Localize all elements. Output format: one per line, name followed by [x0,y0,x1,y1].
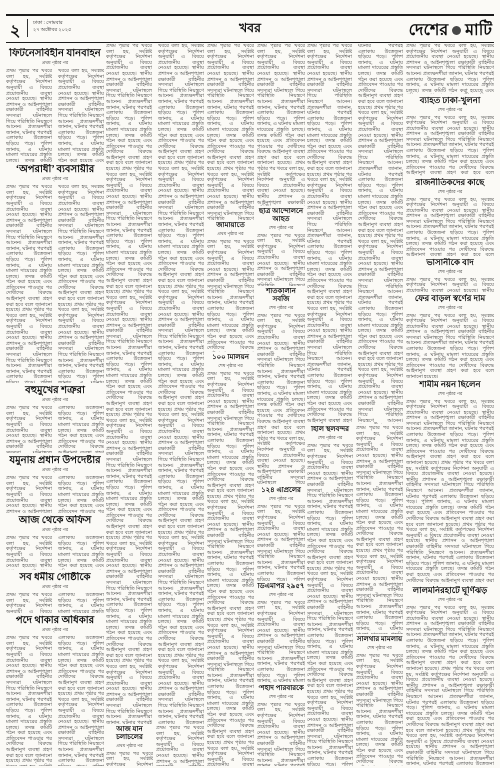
body-text: প্রথম পৃষ্ঠার পর খবরে বলা হয়, সংশ্লিষ্ট… [207,372,254,766]
continued-from-label: শেষ পৃষ্ঠার পর [406,107,494,114]
article-headline: হিলি স্থলবন্দর [307,426,353,434]
article-right-to-office: পদে থাকার অধিকার প্রথম পৃষ্ঠার পর প্রথম … [6,615,104,766]
masthead-word-left: দেশের [409,17,449,44]
article-headline: রাজনীতিকদের কাছে [406,178,494,188]
article-headline: ভাসানীকে বাদ [406,258,494,268]
body-text: প্রথম পৃষ্ঠার পর খবরে বলা হয়, সংশ্লিষ্ট… [6,476,104,513]
continued-from-label: শেষ পৃষ্ঠার পর [406,269,494,276]
article-office-from-today: আজ থেকে অফিস প্রথম পৃষ্ঠার পর প্রথম পৃষ্… [6,515,104,570]
article-headline: ডিএমপির ২৯৫৭ [257,583,305,591]
article-fitnessless-vehicles: ফিটনেসবিহীন যানবাহন প্রথম পৃষ্ঠার পর প্র… [6,48,104,162]
body-text: প্রথম পৃষ্ঠার পর খবরে বলা হয়, সংশ্লিষ্ট… [257,234,305,286]
continued-from-label: প্রথম পৃষ্ঠার পর [6,527,104,534]
continued-from-label: প্রথম পৃষ্ঠার পর [6,60,104,67]
body-text: প্রথম পৃষ্ঠার পর খবরে বলা হয়, সংশ্লিষ্ট… [406,400,494,584]
article-headline: বহুমুখের শত্রুরা [6,385,104,396]
article-gold-price: ফের বাড়ল স্বর্ণের দাম শেষ পৃষ্ঠার পর প্… [406,294,494,378]
article-student-movement-injured: ছাত্র আন্দোলনে আহত শেষ পৃষ্ঠার পর প্রথম … [257,208,305,286]
column-text-block: প্রথম পৃষ্ঠার পর খবরে বলা হয়, সংশ্লিষ্ট… [156,726,204,766]
article-saltha-case: সালথার মামলায় শেষ পৃষ্ঠার পর প্রথম পৃষ্… [356,636,403,766]
article-oporadhi-businessman: ‘অপরাধী’ ব্যবসায়ীর প্রথম পৃষ্ঠার পর প্র… [6,164,104,383]
body-text: প্রথম পৃষ্ঠার পর খবরে বলা হয়, সংশ্লিষ্ট… [406,198,494,256]
article-124-april: ১২৪ এপ্রিলের শেষ পৃষ্ঠার পর প্রথম পৃষ্ঠা… [257,487,305,581]
newspaper-page: ২ ঢাকা : সোমবার ২৭ অক্টোবর ২০২৫ খবর দেশে… [0,0,500,768]
continued-from-label: প্রথম পৃষ্ঠার পর [207,231,254,238]
article-lalmonirhat-cyclone: লালমনিরহাটে ঘূর্ণিঝড় শেষ পৃষ্ঠার পর প্র… [406,586,494,766]
body-text: প্রথম পৃষ্ঠার পর খবরে বলা হয়, সংশ্লিষ্ট… [406,314,494,378]
body-text: প্রথম পৃষ্ঠার পর খবরে বলা হয়, সংশ্লিষ্ট… [6,593,104,613]
article-jamuna-chief-adviser: যমুনায় প্রধান উপদেষ্টার প্রথম পৃষ্ঠার প… [6,455,104,513]
continued-from-label: প্রথম পৃষ্ঠার পর [106,743,153,750]
article-bohumukher-shotru: বহুমুখের শত্রুরা প্রথম পৃষ্ঠার পর প্রথম … [6,385,104,453]
article-traffic-from-today: আজ যান চলাচলের প্রথম পৃষ্ঠার পর প্রথম পৃ… [106,726,153,766]
masthead-word-right: মাটি [465,17,492,44]
column-text-block: প্রথম পৃষ্ঠার পর খবরে বলা হয়, সংশ্লিষ্ট… [406,44,494,94]
continued-from-label: শেষ পৃষ্ঠার পর [406,391,494,398]
body-text: প্রথম পৃষ্ঠার পর খবরে বলা হয়, সংশ্লিষ্ট… [356,654,403,766]
body-text: প্রথম পৃষ্ঠার পর খবরে বলা হয়, সংশ্লিষ্ট… [207,240,254,352]
article-politicians: রাজনীতিকদের কাছে শেষ পৃষ্ঠার পর প্রথম পৃ… [406,178,494,256]
continued-from-label: শেষ পৃষ্ঠার পর [257,305,305,312]
body-text: প্রথম পৃষ্ঠার পর খবরে বলা হয়, সংশ্লিষ্ট… [307,444,353,766]
article-headline: ১০০ মিলিয়ন [207,354,254,362]
body-text: প্রথম পৃষ্ঠার পর খবরে বলা হয়, সংশ্লিষ্ট… [257,601,305,683]
article-headline: জামায়াতে [207,222,254,230]
continued-from-label: প্রথম পৃষ্ঠার পর [6,584,104,591]
article-100-million: ১০০ মিলিয়ন শেষ পৃষ্ঠার পর প্রথম পৃষ্ঠার… [207,354,254,766]
body-text: প্রথম পৃষ্ঠার পর খবরে বলা হয়, সংশ্লিষ্ট… [257,314,305,485]
article-headline: ১২৪ এপ্রিলের [257,487,305,495]
body-text: প্রথম পৃষ্ঠার পর খবরে বলা হয়, সংশ্লিষ্ট… [6,69,104,162]
column-text-block: প্রথম পৃষ্ঠার পর খবরে বলা হয়, সংশ্লিষ্ট… [257,44,305,206]
body-text: প্রথম পৃষ্ঠার পর খবরে বলা হয়, সংশ্লিষ্ট… [406,278,494,292]
article-headline: সালথার মামলায় [356,636,403,644]
article-shahid-families: ‘শহীদ পরিবারকে শেষ পৃষ্ঠার পর প্রথম পৃষ্… [257,685,305,766]
article-headline: আজ থেকে অফিস [6,515,104,526]
article-headline: আজ যান চলাচলের [106,726,153,742]
article-headline: শীতকালীন সবজি [257,288,305,304]
article-headline: ছাত্র আন্দোলনে আহত [257,208,305,224]
continued-from-label: শেষ পৃষ্ঠার পর [307,435,353,442]
body-text: প্রথম পৃষ্ঠার পর খবরে বলা হয়, সংশ্লিষ্ট… [307,44,403,424]
article-headline: ফের বাড়ল স্বর্ণের দাম [406,294,494,304]
body-text: প্রথম পৃষ্ঠার পর খবরে বলা হয়, সংশ্লিষ্ট… [356,426,403,634]
body-text: প্রথম পৃষ্ঠার পর খবরে বলা হয়, সংশ্লিষ্ট… [207,44,254,220]
continued-from-label: শেষ পৃষ্ঠার পর [257,694,305,701]
continued-from-label: শেষ পৃষ্ঠার পর [257,496,305,503]
body-text: প্রথম পৃষ্ঠার পর খবরে বলা হয়, সংশ্লিষ্ট… [406,116,494,176]
continued-from-label: শেষ পৃষ্ঠার পর [257,225,305,232]
article-jamaat: জামায়াতে প্রথম পৃষ্ঠার পর প্রথম পৃষ্ঠার… [207,222,254,352]
column-text-block: প্রথম পৃষ্ঠার পর খবরে বলা হয়, সংশ্লিষ্ট… [356,426,403,634]
continued-from-label: শেষ পৃষ্ঠার পর [406,189,494,196]
body-text: প্রথম পৃষ্ঠার পর খবরে বলা হয়, সংশ্লিষ্ট… [406,44,494,94]
page-header: ২ ঢাকা : সোমবার ২৭ অক্টোবর ২০২৫ খবর দেশে… [0,17,500,42]
body-text: প্রথম পৃষ্ঠার পর খবরে বলা হয়, সংশ্লিষ্ট… [6,185,104,383]
article-headline: শামীম নয়ন ছিলেন [406,380,494,390]
article-headline: ‘অপরাধী’ ব্যবসায়ীর [6,164,104,175]
column-text-block: প্রথম পৃষ্ঠার পর খবরে বলা হয়, সংশ্লিষ্ট… [207,44,254,220]
body-text: প্রথম পৃষ্ঠার পর খবরে বলা হয়, সংশ্লিষ্ট… [156,726,204,766]
masthead-circle-icon [452,26,461,35]
article-headline: ‘শহীদ পরিবারকে [257,685,305,693]
article-dhaka-khulna-disrupted: ব্যাহত ঢাকা-খুলনা শেষ পৃষ্ঠার পর প্রথম প… [406,96,494,176]
body-text: প্রথম পৃষ্ঠার পর খবরে বলা হয়, সংশ্লিষ্ট… [406,606,494,766]
article-winter-vegetables: শীতকালীন সবজি শেষ পৃষ্ঠার পর প্রথম পৃষ্ঠ… [257,288,305,485]
continued-from-label: প্রথম পৃষ্ঠার পর [6,627,104,634]
continued-from-label: শেষ পৃষ্ঠার পর [406,597,494,604]
body-text: প্রথম পৃষ্ঠার পর খবরে বলা হয়, সংশ্লিষ্ট… [257,703,305,766]
article-shamim-nayan: শামীম নয়ন ছিলেন শেষ পৃষ্ঠার পর প্রথম পৃ… [406,380,494,584]
continued-from-label: শেষ পৃষ্ঠার পর [406,305,494,312]
body-text: প্রথম পৃষ্ঠার পর খবরে বলা হয়, সংশ্লিষ্ট… [6,536,104,570]
masthead: দেশের মাটি [409,17,492,44]
continued-from-label: শেষ পৃষ্ঠার পর [207,363,254,370]
article-headline: সব ধর্মীয় গোষ্ঠীকে [6,572,104,583]
article-headline: পদে থাকার অধিকার [6,615,104,626]
column-text-block: প্রথম পৃষ্ঠার পর খবরে বলা হয়, সংশ্লিষ্ট… [307,44,403,424]
body-text: প্রথম পৃষ্ঠার পর খবরে বলা হয়, সংশ্লিষ্ট… [106,44,204,724]
continued-from-label: প্রথম পৃষ্ঠার পর [6,467,104,474]
article-headline: ব্যাহত ঢাকা-খুলনা [406,96,494,106]
continued-from-label: প্রথম পৃষ্ঠার পর [6,397,104,404]
article-headline: ফিটনেসবিহীন যানবাহন [6,48,104,59]
article-headline: লালমনিরহাটে ঘূর্ণিঝড় [406,586,494,596]
body-text: প্রথম পৃষ্ঠার পর খবরে বলা হয়, সংশ্লিষ্ট… [257,505,305,581]
body-text: প্রথম পৃষ্ঠার পর খবরে বলা হয়, সংশ্লিষ্ট… [6,636,104,766]
article-hili-landport: হিলি স্থলবন্দর শেষ পৃষ্ঠার পর প্রথম পৃষ্… [307,426,353,766]
article-dmp-2957: ডিএমপির ২৯৫৭ শেষ পৃষ্ঠার পর প্রথম পৃষ্ঠা… [257,583,305,683]
continued-from-label: শেষ পৃষ্ঠার পর [257,592,305,599]
article-headline: যমুনায় প্রধান উপদেষ্টার [6,455,104,466]
column-text-block: প্রথম পৃষ্ঠার পর খবরে বলা হয়, সংশ্লিষ্ট… [106,44,204,724]
continued-from-label: প্রথম পৃষ্ঠার পর [6,176,104,183]
continued-from-label: শেষ পৃষ্ঠার পর [356,645,403,652]
body-text: প্রথম পৃষ্ঠার পর খবরে বলা হয়, সংশ্লিষ্ট… [257,44,305,206]
article-bhasani-excluded: ভাসানীকে বাদ শেষ পৃষ্ঠার পর প্রথম পৃষ্ঠা… [406,258,494,292]
article-religious-groups: সব ধর্মীয় গোষ্ঠীকে প্রথম পৃষ্ঠার পর প্র… [6,572,104,613]
body-text: প্রথম পৃষ্ঠার পর খবরে বলা হয়, সংশ্লিষ্ট… [106,752,153,766]
body-text: প্রথম পৃষ্ঠার পর খবরে বলা হয়, সংশ্লিষ্ট… [6,406,104,453]
header-top-rule [6,14,494,16]
